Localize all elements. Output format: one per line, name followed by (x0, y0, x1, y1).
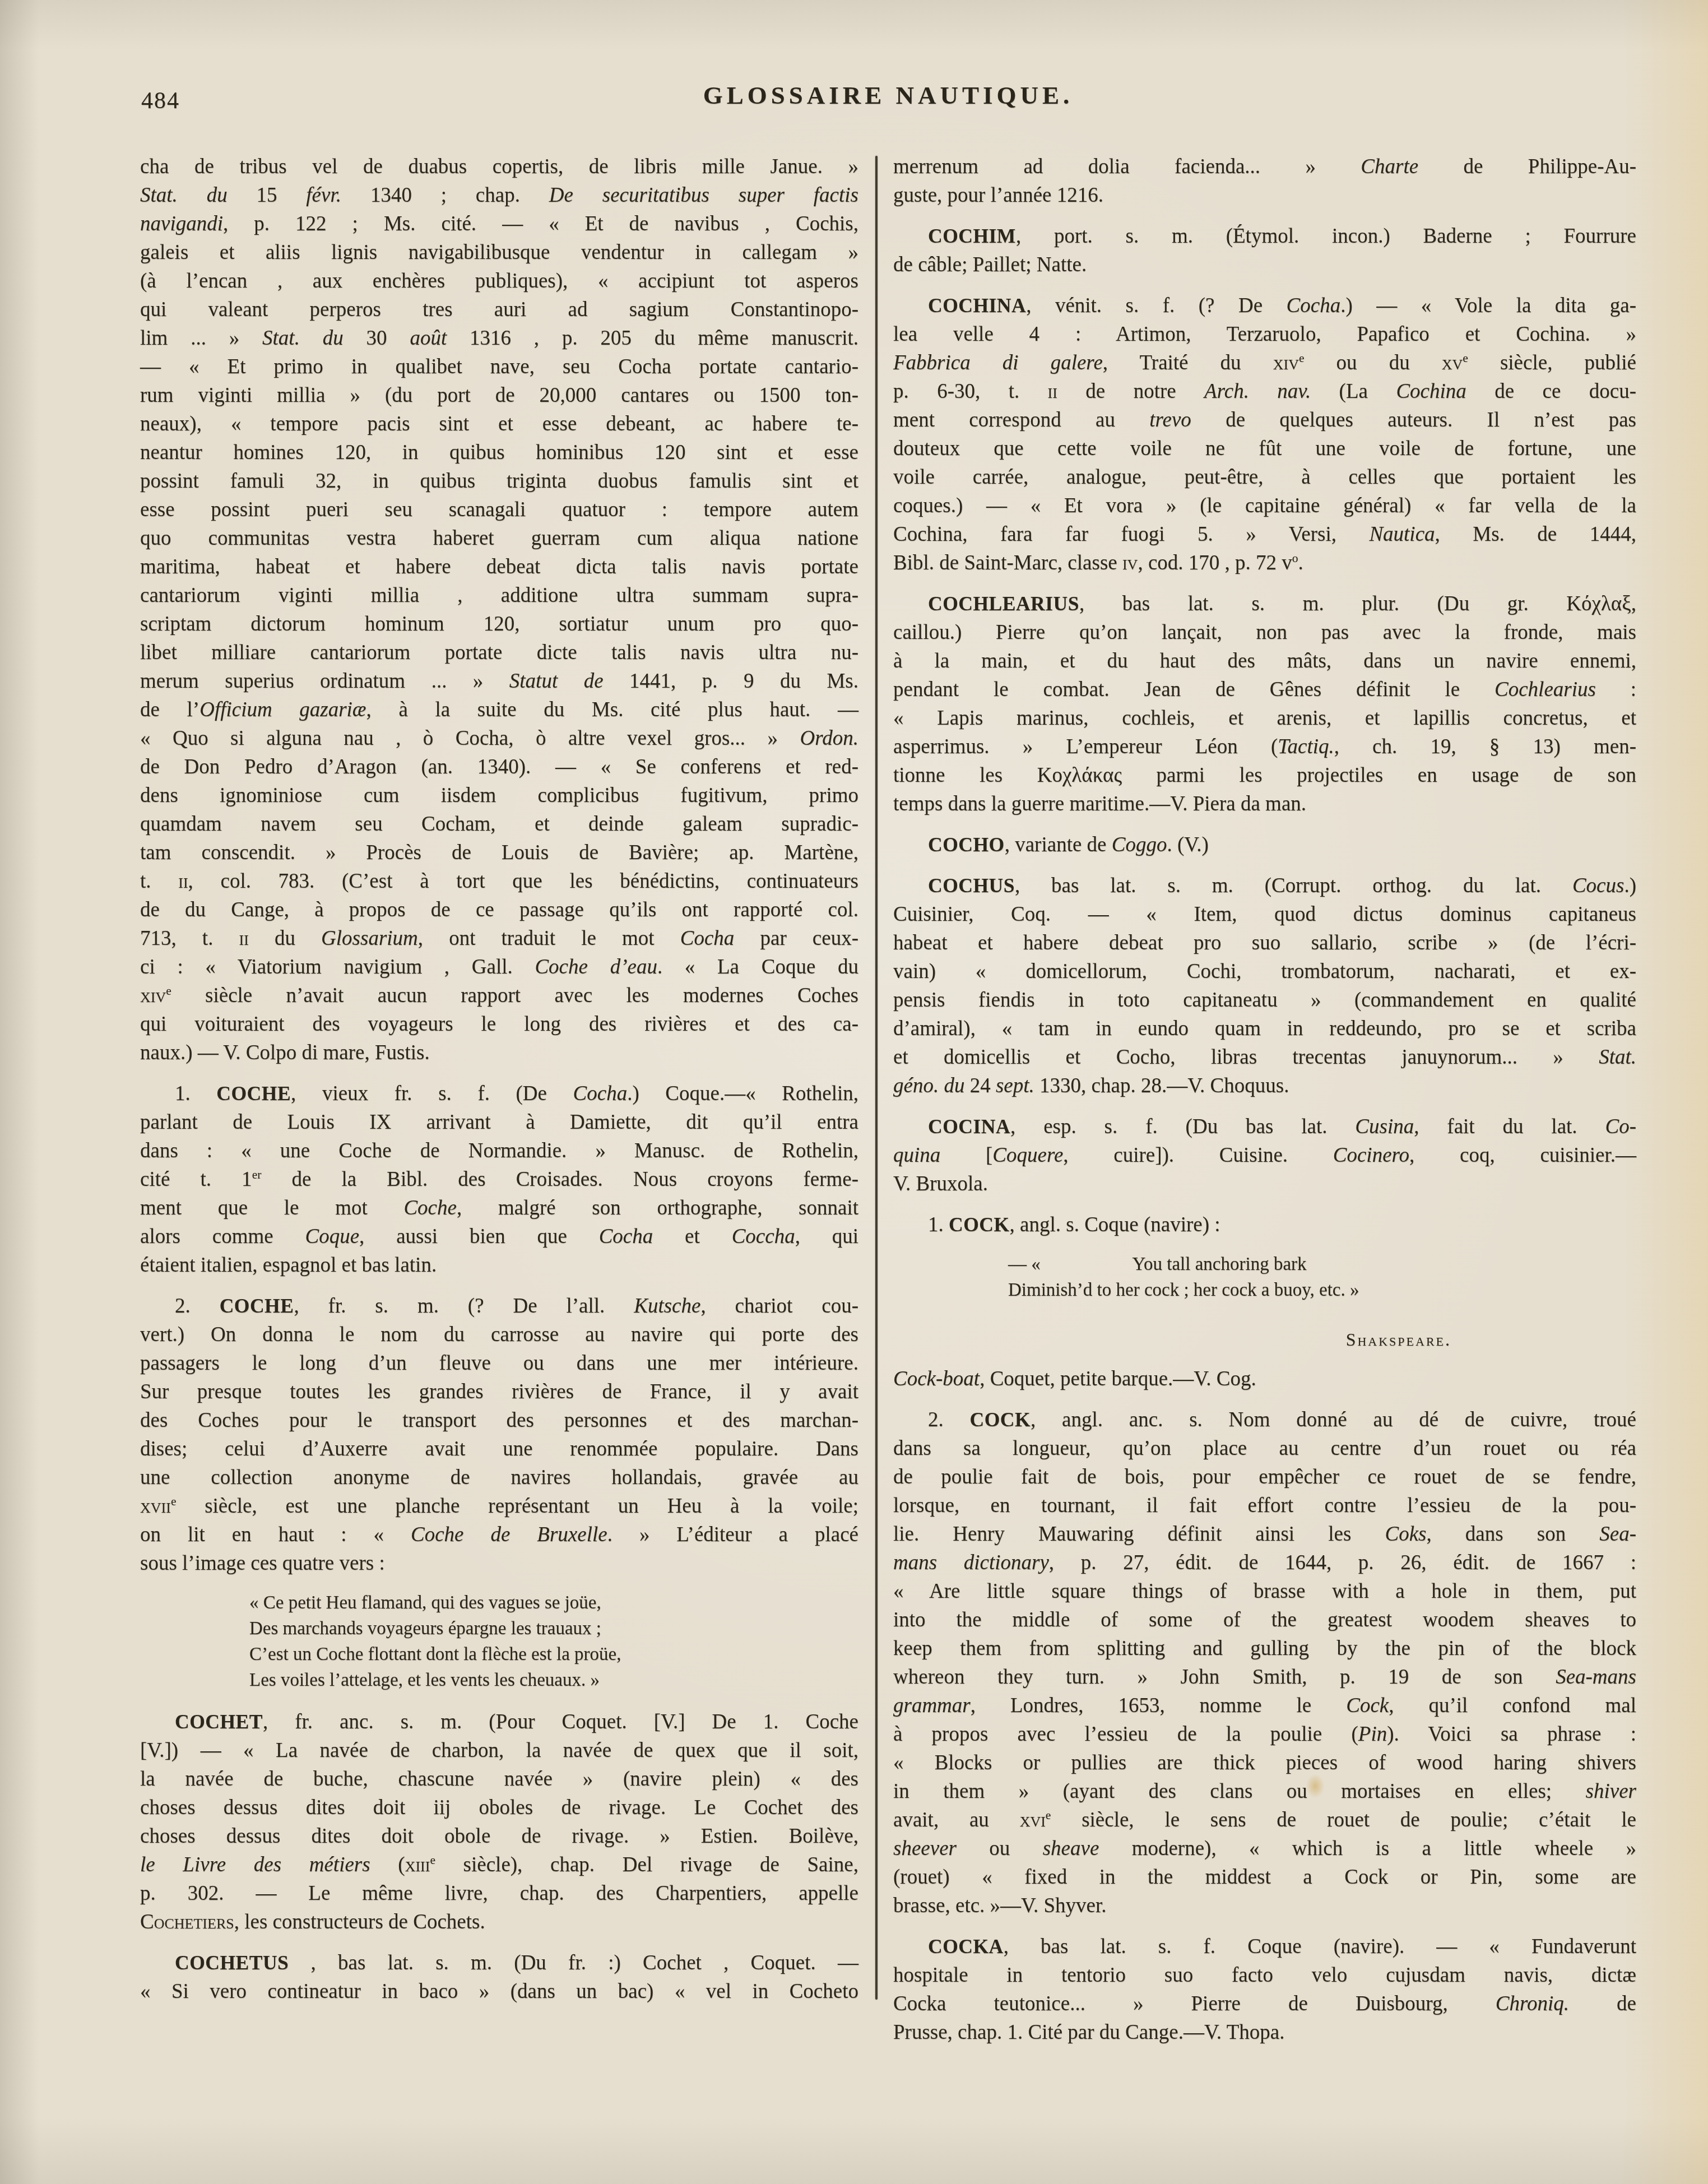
entry-block: COCHETUS , bas lat. s. m. (Du fr. :) Coc… (140, 1949, 858, 2006)
text-line: des Coches pour le transport des personn… (140, 1406, 858, 1435)
superscript-run: er (252, 1168, 262, 1181)
text-line: hospitale in tentorio suo facto velo cuj… (893, 1961, 1636, 1990)
text-line: COCINA, esp. s. f. (Du bas lat. Cusina, … (893, 1112, 1636, 1141)
text-line: « Are little square things of brasse wit… (893, 1577, 1636, 1606)
superscript-run: e (171, 1495, 177, 1508)
text-line: quamdam navem seu Cocham, et deinde gale… (140, 810, 858, 838)
column-divider-rule (875, 156, 878, 2000)
column-right: merrenum ad dolia facienda... » Charte d… (893, 152, 1636, 2047)
italic-run: Cochina (1396, 380, 1466, 403)
italic-run: Statut de (509, 670, 604, 693)
text-line: de du Cange, à propos de ce passage qu’i… (140, 896, 858, 924)
text-line: (à l’encan , aux enchères publiques), « … (140, 267, 858, 295)
text-line: xviie siècle, est une planche représenta… (140, 1492, 858, 1520)
headword: COCINA (928, 1115, 1010, 1138)
italic-run: Cock (1346, 1694, 1389, 1717)
entry-block: Cock-boat, Coquet, petite barque.—V. Cog… (893, 1365, 1636, 1393)
text-line: 2. COCHE, fr. s. m. (? De l’all. Kutsche… (140, 1292, 858, 1320)
text-line: xive siècle n’avait aucun rapport avec l… (140, 981, 858, 1010)
entry-block: COCINA, esp. s. f. (Du bas lat. Cusina, … (893, 1112, 1636, 1198)
text-line: caillou.) Pierre qu’on lançait, non pas … (893, 618, 1636, 647)
text-line: whereon they turn. » John Smith, p. 19 d… (893, 1663, 1636, 1691)
paragraph-block: cha de tribus vel de duabus copertis, de… (140, 152, 858, 1067)
text-line: Cochina, fara far fuogi 5. » Versi, Naut… (893, 520, 1636, 549)
text-line: qui voituraient des voyageurs le long de… (140, 1010, 858, 1038)
text-line: lea velle 4 : Artimon, Terzaruolo, Papaf… (893, 320, 1636, 349)
small-caps-run: iv (1122, 551, 1138, 574)
text-columns: cha de tribus vel de duabus copertis, de… (140, 152, 1636, 2047)
superscript-run: e (166, 984, 171, 998)
text-line: sous l’image ces quatre vers : (140, 1549, 858, 1578)
text-line: COCKA, bas lat. s. f. Coque (navire). — … (893, 1932, 1636, 1961)
text-line: naux.) — V. Colpo di mare, Fustis. (140, 1038, 858, 1067)
italic-run: Cocus (1572, 874, 1625, 897)
italic-run: Ordon. (800, 727, 859, 750)
text-line: choses dessus dites doit obole de rivage… (140, 1822, 858, 1851)
headword: COCHE (220, 1295, 294, 1317)
text-line: géno. du 24 sept. 1330, chap. 28.—V. Cho… (893, 1072, 1636, 1100)
text-line: coques.) — « Et vora » (le capitaine gén… (893, 491, 1636, 520)
italic-run: Nautica (1369, 523, 1435, 546)
superscript-run: o (1292, 551, 1298, 565)
italic-run: Officium gazariæ (199, 698, 366, 721)
text-line: 713, t. ii du Glossarium, ont traduit le… (140, 924, 858, 953)
italic-run: Cock-boat (893, 1367, 980, 1390)
text-line: scriptam dictorum hominum 120, sortiatur… (140, 610, 858, 638)
italic-run: Coquere (992, 1144, 1063, 1167)
italic-run: le Livre des métiers (140, 1853, 370, 1876)
small-caps-run: xvii (140, 1495, 171, 1518)
italic-run: Cocha (1287, 294, 1341, 317)
text-line: tam conscendit. » Procès de Louis de Bav… (140, 838, 858, 867)
headword: COCHINA (928, 294, 1026, 317)
text-line: COCHIM, port. s. m. (Étymol. incon.) Bad… (893, 222, 1636, 251)
text-line: cantariorum viginti millia , additione u… (140, 581, 858, 610)
entry-block: COCHET, fr. anc. s. m. (Pour Coquet. [V.… (140, 1708, 858, 1936)
text-line: tionne les Κοχλάκας parmi les projectile… (893, 761, 1636, 790)
small-caps-run: xiii (405, 1853, 430, 1876)
text-line: galeis et aliis lignis navigabilibusque … (140, 238, 858, 267)
italic-run: Coccha (732, 1225, 795, 1248)
text-line: alors comme Coque, aussi bien que Cocha … (140, 1222, 858, 1251)
text-line: une collection anonyme de navires hollan… (140, 1463, 858, 1492)
text-line: voile carrée, analogue, peut-être, à cel… (893, 463, 1636, 491)
text-line: quo communitas vestra haberet guerram cu… (140, 524, 858, 553)
text-line: choses dessus dites doit iij oboles de r… (140, 1793, 858, 1822)
text-line: asperrimus. » L’empereur Léon (Tactiq., … (893, 732, 1636, 761)
text-line: de Don Pedro d’Aragon (an. 1340). — « Se… (140, 753, 858, 781)
italic-run: Arch. nav. (1204, 380, 1311, 403)
text-line: t. ii, col. 783. (C’est à tort que les b… (140, 867, 858, 896)
text-line: passagers le long d’un fleuve ou dans un… (140, 1349, 858, 1378)
text-line: Stat. du 15 févr. 1340 ; chap. De securi… (140, 181, 858, 210)
italic-run: Fabbrica di galere (893, 351, 1103, 374)
text-line: étaient italien, espagnol et bas latin. (140, 1251, 858, 1279)
text-line: la navée de buche, chascune navée » (nav… (140, 1765, 858, 1793)
text-line: COCHINA, vénit. s. f. (? De Cocha.) — « … (893, 291, 1636, 320)
text-line: possint famuli 32, in quibus triginta du… (140, 467, 858, 495)
small-caps-run: ii (178, 870, 188, 893)
text-line: mans dictionary, p. 27, édit. de 1644, p… (893, 1548, 1636, 1577)
italic-run: août (410, 327, 447, 350)
headword: COCKA (928, 1935, 1004, 1958)
page-title: GLOSSAIRE NAUTIQUE. (140, 81, 1636, 110)
entry-block: 2. COCK, angl. anc. s. Nom donné au dé d… (893, 1406, 1636, 1920)
text-line: neaux), « tempore pacis sint et esse deb… (140, 410, 858, 438)
italic-run: Cusina (1355, 1115, 1414, 1138)
text-line: V. Bruxola. (893, 1170, 1636, 1198)
text-line: 1. COCHE, vieux fr. s. f. (De Cocha.) Co… (140, 1079, 858, 1108)
italic-run: Sea- (1599, 1523, 1636, 1546)
text-line: lim ... » Stat. du 30 août 1316 , p. 205… (140, 324, 858, 353)
text-line: à propos avec l’essieu de la poulie (Pin… (893, 1720, 1636, 1749)
text-line: neantur homines 120, in quibus hominibus… (140, 438, 858, 467)
text-line: Cocka teutonice... » Pierre de Duisbourg… (893, 1990, 1636, 2018)
paper-stain (1306, 1774, 1325, 1798)
text-line: Des marchands voyageurs épargne les trau… (249, 1616, 858, 1642)
headword: COCHET (175, 1710, 263, 1733)
text-line: dens ignominiose cum iisdem complicibus … (140, 781, 858, 810)
text-line: into the middle of some of the greatest … (893, 1606, 1636, 1634)
text-line: lie. Henry Mauwaring définit ainsi les C… (893, 1520, 1636, 1548)
text-line: Cock-boat, Coquet, petite barque.—V. Cog… (893, 1365, 1636, 1393)
text-line: pendant le combat. Jean de Gênes définit… (893, 675, 1636, 704)
entry-block: COCHIM, port. s. m. (Étymol. incon.) Bad… (893, 222, 1636, 279)
italic-run: géno. du (893, 1074, 964, 1097)
text-line: maritima, habeat et habere debeat dicta … (140, 553, 858, 581)
text-line: sheever ou sheave moderne), « which is a… (893, 1834, 1636, 1863)
text-line: et domicellis et Cocho, libras trecentas… (893, 1043, 1636, 1072)
italic-run: Cochlearius (1494, 678, 1596, 701)
italic-run: Coche (403, 1197, 457, 1219)
text-line: vain) « domicellorum, Cochi, trombatorum… (893, 957, 1636, 986)
text-line: lorsque, en tournant, il fait effort con… (893, 1491, 1636, 1520)
verse-attribution: Shakspeare. (1008, 1327, 1451, 1352)
text-line: keep them from splitting and gulling by … (893, 1634, 1636, 1663)
text-line: vert.) On donna le nom du carrosse au na… (140, 1320, 858, 1349)
small-caps-run: xiv (140, 984, 166, 1007)
italic-run: Cocinero (1333, 1144, 1409, 1167)
text-line: COCHLEARIUS, bas lat. s. m. plur. (Du gr… (893, 590, 1636, 618)
text-line: — « Et primo in qualibet nave, seu Cocha… (140, 353, 858, 381)
text-line: p. 302. — Le même livre, chap. des Charp… (140, 1879, 858, 1908)
text-line: dises; celui d’Auxerre avait une renommé… (140, 1435, 858, 1463)
entry-block: COCHO, variante de Coggo. (V.) (893, 831, 1636, 859)
superscript-run: e (1463, 351, 1468, 365)
italic-run: Tactiq. (1278, 735, 1334, 758)
italic-run: Chroniq. (1496, 1992, 1569, 2015)
italic-run: sept. (996, 1074, 1034, 1097)
text-line: avait, au xvie siècle, le sens de rouet … (893, 1806, 1636, 1834)
text-line: cité t. 1er de la Bibl. des Croisades. N… (140, 1165, 858, 1194)
small-caps-run: ii (239, 927, 249, 950)
headword: COCK (970, 1408, 1031, 1431)
text-line: Fabbrica di galere, Traité du xive ou du… (893, 349, 1636, 377)
italic-run: mans dictionary (893, 1551, 1049, 1574)
text-line: Sur presque toutes les grandes rivières … (140, 1378, 858, 1406)
text-line: libet milliare cantariorum portate dicte… (140, 638, 858, 667)
italic-run: Stat. du (262, 327, 344, 350)
text-line: p. 6-30, t. ii de notre Arch. nav. (La C… (893, 377, 1636, 406)
italic-run: Cocha (680, 927, 735, 950)
italic-run: shiver (1586, 1780, 1636, 1803)
text-line: Diminish’d to her cock ; her cock a buoy… (1008, 1277, 1636, 1303)
headword: COCHUS (928, 874, 1015, 897)
italic-run: févr. (306, 184, 341, 207)
text-line: COCHET, fr. anc. s. m. (Pour Coquet. [V.… (140, 1708, 858, 1736)
text-line: ment correspond au trevo de quelques aut… (893, 406, 1636, 434)
text-line: rum viginti millia » (du port de 20,000 … (140, 381, 858, 410)
headword: COCHE (216, 1082, 291, 1105)
italic-run: Coche d’eau (535, 956, 657, 979)
italic-run: Sea-mans (1556, 1666, 1636, 1689)
text-line: parlant de Louis IX arrivant à Damiette,… (140, 1108, 858, 1137)
italic-run: Cocha (573, 1082, 628, 1105)
text-line: navigandi, p. 122 ; Ms. cité. — « Et de … (140, 210, 858, 238)
text-line: habeat et habere debeat pro suo sallario… (893, 929, 1636, 957)
text-line: — « You tall anchoring bark (1008, 1251, 1636, 1277)
italic-run: Charte (1361, 155, 1418, 178)
text-line: Cochetiers, les constructeurs de Cochets… (140, 1908, 858, 1936)
italic-run: trevo (1149, 409, 1191, 432)
italic-run: quina (893, 1144, 940, 1167)
italic-run: sheever (893, 1837, 957, 1860)
entry-block: 1. COCHE, vieux fr. s. f. (De Cocha.) Co… (140, 1079, 858, 1279)
text-line: (rouet) « fixed in the middest a Cock or… (893, 1863, 1636, 1891)
text-line: in them » (ayant des clans ou mortaises … (893, 1777, 1636, 1806)
text-line: « Ce petit Heu flamand, qui des vagues s… (249, 1590, 858, 1616)
italic-run: Coque (305, 1225, 359, 1248)
superscript-run: e (1299, 351, 1305, 365)
headword: COCHLEARIUS (928, 592, 1079, 615)
text-line: « Si vero contineatur in baco » (dans un… (140, 1977, 858, 2006)
scanned-book-page: 484 GLOSSAIRE NAUTIQUE. cha de tribus ve… (0, 0, 1708, 2184)
text-line: « Quo si alguna nau , ò Cocha, ò altre v… (140, 724, 858, 753)
entry-block: COCHINA, vénit. s. f. (? De Cocha.) — « … (893, 291, 1636, 577)
text-line: esse possint pueri seu scanagali quatuor… (140, 495, 858, 524)
text-line: cha de tribus vel de duabus copertis, de… (140, 152, 858, 181)
text-line: quina [Coquere, cuire]). Cuisine. Cocine… (893, 1141, 1636, 1170)
italic-run: navigandi (140, 212, 223, 235)
text-line: COCHO, variante de Coggo. (V.) (893, 831, 1636, 859)
verse-block: — « You tall anchoring barkDiminish’d to… (1008, 1251, 1636, 1352)
italic-run: De securitatibus super factis (549, 184, 858, 207)
text-line: de l’Officium gazariæ, à la suite du Ms.… (140, 695, 858, 724)
italic-run: grammar (893, 1694, 971, 1717)
headword: COCK (949, 1213, 1010, 1236)
headword: COCHO (928, 833, 1005, 856)
text-line: on lit en haut : « Coche de Bruxelle. » … (140, 1520, 858, 1549)
text-line: 1. COCK, angl. s. Coque (navire) : (893, 1211, 1636, 1239)
text-line: Les voiles l’attelage, et les vents les … (249, 1667, 858, 1693)
text-line: le Livre des métiers (xiiie siècle), cha… (140, 1851, 858, 1879)
small-caps-run: ii (1048, 380, 1057, 403)
italic-run: Glossarium (321, 927, 418, 950)
headword: COCHETUS (175, 1951, 289, 1974)
superscript-run: e (1046, 1809, 1051, 1822)
text-line: douteux que cette voile ne fût une voile… (893, 434, 1636, 463)
text-line: temps dans la guerre maritime.—V. Piera … (893, 790, 1636, 818)
text-line: COCHUS, bas lat. s. m. (Corrupt. orthog.… (893, 871, 1636, 900)
text-line: C’est un Coche flottant dont la flèche e… (249, 1642, 858, 1667)
small-caps-run: xvi (1020, 1809, 1046, 1831)
small-caps-run: xiv (1273, 351, 1299, 374)
italic-run: Coks (1385, 1523, 1426, 1546)
text-line: merrenum ad dolia facienda... » Charte d… (893, 152, 1636, 181)
text-line: « Blocks or pullies are thick pieces of … (893, 1749, 1636, 1777)
italic-run: Kutsche (634, 1295, 700, 1318)
text-line: à la main, et du haut des mâts, dans un … (893, 647, 1636, 675)
text-line: de câble; Paillet; Natte. (893, 251, 1636, 279)
italic-run: Coggo (1112, 833, 1167, 856)
text-line: dans : « une Coche de Normandie. » Manus… (140, 1137, 858, 1165)
small-caps-run: Cochetiers (140, 1911, 234, 1933)
superscript-run: e (430, 1853, 435, 1867)
text-line: merum superius ordinatum ... » Statut de… (140, 667, 858, 695)
text-line: Bibl. de Saint-Marc, classe iv, cod. 170… (893, 549, 1636, 577)
entry-block: 1. COCK, angl. s. Coque (navire) : (893, 1211, 1636, 1239)
column-left: cha de tribus vel de duabus copertis, de… (140, 152, 858, 2006)
entry-block: COCHUS, bas lat. s. m. (Corrupt. orthog.… (893, 871, 1636, 1100)
text-line: grammar, Londres, 1653, nomme le Cock, q… (893, 1691, 1636, 1720)
text-line: Prusse, chap. 1. Cité par du Cange.—V. T… (893, 2018, 1636, 2047)
text-line: qui valeant perperos tres auri ad sagium… (140, 295, 858, 324)
text-line: [V.]) — « La navée de charbon, la navée … (140, 1736, 858, 1765)
italic-run: Stat. du (140, 184, 228, 207)
text-line: « Lapis marinus, cochleis, et arenis, et… (893, 704, 1636, 732)
text-line: d’amiral), « tam in eundo quam in reddeu… (893, 1014, 1636, 1043)
text-line: pensis fiendis in toto capitaneatu » (co… (893, 986, 1636, 1014)
text-line: de poulie fait de bois, pour empêcher ce… (893, 1463, 1636, 1491)
text-line: brasse, etc. »—V. Shyver. (893, 1891, 1636, 1920)
italic-run: Stat. (1599, 1046, 1636, 1069)
italic-run: sheave (1043, 1837, 1099, 1860)
italic-run: Coche de Bruxelle (411, 1523, 607, 1546)
text-line: ment que le mot Coche, malgré son orthog… (140, 1194, 858, 1222)
text-line: ci : « Viatorium navigium , Gall. Coche … (140, 953, 858, 981)
verse-block: « Ce petit Heu flamand, qui des vagues s… (249, 1590, 858, 1693)
italic-run: Cocha (599, 1225, 653, 1248)
entry-block: 2. COCHE, fr. s. m. (? De l’all. Kutsche… (140, 1292, 858, 1578)
entry-block: COCKA, bas lat. s. f. Coque (navire). — … (893, 1932, 1636, 2047)
italic-run: Pin (1358, 1723, 1387, 1746)
text-line: 2. COCK, angl. anc. s. Nom donné au dé d… (893, 1406, 1636, 1434)
text-line: guste, pour l’année 1216. (893, 181, 1636, 210)
italic-run: Co- (1605, 1115, 1636, 1138)
text-line: dans sa longueur, qu’on place au centre … (893, 1434, 1636, 1463)
text-line: Cuisinier, Coq. — « Item, quod dictus do… (893, 900, 1636, 929)
small-caps-run: xv (1442, 351, 1463, 374)
text-line: COCHETUS , bas lat. s. m. (Du fr. :) Coc… (140, 1949, 858, 1977)
entry-block: COCHLEARIUS, bas lat. s. m. plur. (Du gr… (893, 590, 1636, 818)
paragraph-block: merrenum ad dolia facienda... » Charte d… (893, 152, 1636, 210)
headword: COCHIM (928, 225, 1016, 247)
